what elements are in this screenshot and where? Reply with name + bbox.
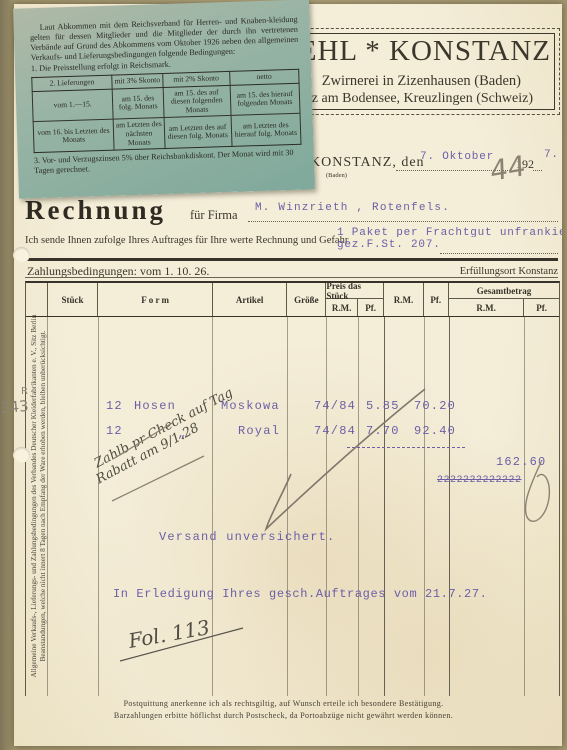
body-col-rm [385,317,424,696]
item-artikel: Royal [238,424,280,438]
company-title: EHL * KONSTANZ [299,35,551,67]
typed-dashed-rule [347,447,465,448]
typed-shipping-clip: 1 Paket per Frachtgut unfrankiert [337,222,562,237]
col-artikel: Artikel [213,283,287,316]
item-form: Hosen [134,399,176,413]
divider-rule-thin [25,277,558,278]
item-betrag: 92.40 [414,424,456,438]
year-dotted-line [533,170,542,171]
punch-hole-top [13,247,30,263]
card-cell: am Letzten des hierauf folg. Monats [231,114,301,147]
pencil-mark-r: R [21,386,28,397]
card-cell: vom 1.—15. [32,89,113,122]
card-cell: vom 16. bis Letzten des Monats [33,119,114,152]
divider-rule-thick [25,258,558,261]
col-gesamt-rm: R.M. [449,299,524,316]
body-col-stueck [48,317,99,696]
col-gesamt-pf: Pf. [524,299,559,316]
invoice-table-header: Stück F o r m Artikel Größe Preis das St… [26,283,559,317]
shipping-dotted-line [440,253,558,254]
item-preis: 7.70 [366,424,400,438]
body-col-pf [425,317,451,696]
pencil-mark-44: 44 [490,149,526,188]
col-groesse: Größe [287,283,326,316]
item-groesse: 74/84 [314,399,356,413]
col-preis-label: Preis das Stück [326,283,383,299]
card-cell: am Letzten des nächsten Monats [113,118,165,150]
body-col-preis-pf [359,317,386,696]
card-item3: 3. Vor- und Verzugszinsen 5% über Reichs… [34,148,302,176]
typed-date: 7. Oktober [420,151,494,163]
item-preis: 5.85 [366,399,400,413]
invoice-heading: Rechnung [25,195,166,226]
photographed-invoice: EHL * KONSTANZ Zwirnerei in Zizenhausen … [0,0,567,750]
body-col-artikel [213,317,288,696]
typed-year: 7. [544,149,559,161]
body-col-gesamt-pf [525,317,559,696]
typed-shipping-line2: gez.F.St. 207. [337,239,441,251]
body-col-preis-rm [327,317,358,696]
place-sublabel: (Baden) [326,172,347,179]
total-amount: 162.60 [496,455,546,469]
col-preis-pf: Pf. [358,299,384,316]
punch-hole-bottom [13,447,30,463]
company-subtitle-1: Zwirnerei in Zizenhausen (Baden) [322,73,521,90]
col-form: F o r m [98,283,212,316]
fulfillment-place: Erfüllungsort Konstanz [430,266,558,277]
note-versand: Versand unversichert. [159,530,335,544]
pencil-mark-343: 343 [0,397,29,417]
side-conditions-line1: Allgemeine Verkaufs-, Lieferungs- und Za… [29,300,38,692]
col-stueck: Stück [48,283,99,316]
item-qty: 12 [106,424,123,438]
col-gesamt-label: Gesamtbetrag [449,283,559,299]
item-groesse: 74/84 [314,424,356,438]
card-terms-table: 2. Lieferungen mit 3% Skonto mit 2% Skon… [31,69,301,154]
col-preis-rm: R.M. [326,299,357,316]
invoice-table-body [26,317,559,696]
fuer-firma-label: für Firma [190,208,238,223]
col-gesamt-group: Gesamtbetrag R.M. Pf. [449,283,559,316]
typed-shipping-line1: 1 Paket per Frachtgut unfrankiert [337,227,562,237]
card-intro: Laut Abkommen mit dem Reichsverband für … [30,15,299,63]
col-rm: R.M. [384,283,423,316]
conditions-card: Laut Abkommen mit dem Reichsverband für … [13,0,315,199]
body-col-gesamt-rm [450,317,525,696]
invoice-table: Stück F o r m Artikel Größe Preis das St… [25,281,560,696]
company-subtitle-2: nz am Bodensee, Kreuzlingen (Schweiz) [305,91,533,107]
col-preis-group: Preis das Stück R.M. Pf. [326,283,384,316]
item-qty: 12 [106,399,123,413]
typed-recipient: M. Winzrieth , Rotenfels. [255,202,450,214]
side-conditions-line2: Beanstandungen, welche nicht innert 8 Ta… [38,300,47,692]
col-pf: Pf. [424,283,449,316]
card-cell: am Letzten des auf diesen folg. Monats [164,116,232,149]
place-label: KONSTANZ, den [310,155,425,171]
footer-line2: Barzahlungen erbitte höflichst durch Pos… [0,711,567,720]
card-cell: am 15. des folg. Monats [112,87,164,119]
typed-cancellation: 2222222222222 [437,475,522,486]
footer-line1: Postquittung anerkenne ich als rechtsgil… [0,699,567,708]
note-erledigung: In Erledigung Ihres gesch.Auftrages vom … [113,587,487,601]
side-conditions-text: Allgemeine Verkaufs-, Lieferungs- und Za… [29,300,47,692]
item-betrag: 70.20 [414,399,456,413]
card-cell: am 15. des hierauf folgenden Monats [230,83,300,116]
card-cell: am 15. des auf diesen folgenden Monats [163,85,231,118]
body-col-groesse [288,317,327,696]
shipping-sentence: Ich sende Ihnen zufolge Ihres Auftrages … [25,235,348,246]
